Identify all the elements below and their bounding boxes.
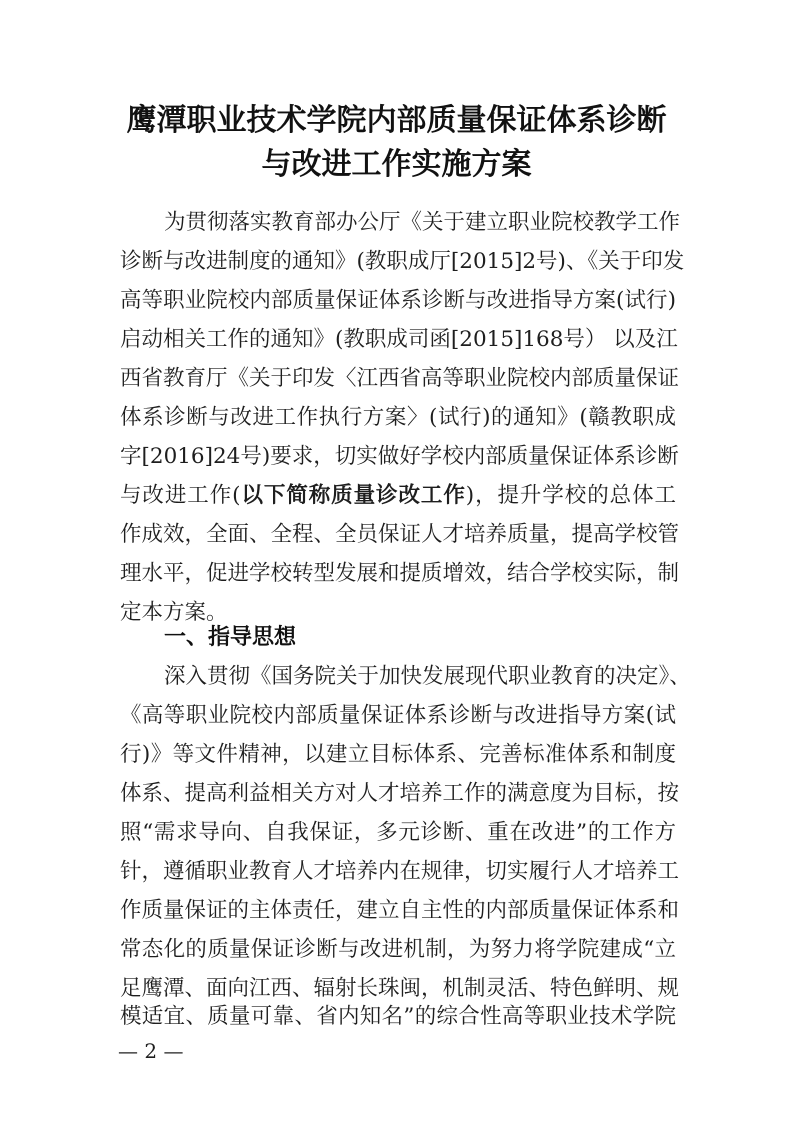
section1-line-4: 体系、提高利益相关方对人才培养工作的满意度为目标，按 (120, 780, 676, 808)
section1-line-5: 照“需求导向、自我保证，多元诊断、重在改进”的工作方 (120, 819, 676, 847)
section1-line-7: 作质量保证的主体责任，建立自主性的内部质量保证体系和 (120, 897, 676, 925)
document-title-line-1: 鹰潭职业技术学院内部质量保证体系诊断 (0, 103, 793, 139)
section1-line-1: 深入贯彻《国务院关于加快发展现代职业教育的决定》、 (164, 663, 676, 691)
intro-line-1: 为贯彻落实教育部办公厅《关于建立职业院校教学工作 (164, 209, 676, 237)
intro-line-10: 理水平，促进学校转型发展和提质增效，结合学校实际，制 (120, 560, 676, 588)
intro-line-11: 定本方案。 (120, 599, 676, 627)
section-heading-guiding-ideology: 一、指导思想 (164, 624, 296, 652)
intro-line-5: 西省教育厅《关于印发〈江西省高等职业院校内部质量保证 (120, 365, 676, 393)
intro-line-8-after: )，提升学校的总体工 (466, 483, 676, 508)
section1-line-9: 足鹰潭、面向江西、辐射长珠闽，机制灵活、特色鲜明、规 (120, 975, 676, 1003)
intro-line-9: 作成效，全面、全程、全员保证人才培养质量，提高学校管 (120, 521, 676, 549)
intro-line-8-before: 与改进工作( (120, 483, 241, 508)
section1-line-10: 模适宜、质量可靠、省内知名”的综合性高等职业技术学院 (120, 1003, 676, 1031)
intro-line-6: 体系诊断与改进工作执行方案〉(试行)的通知》(赣教职成 (120, 404, 676, 432)
document-page: 鹰潭职业技术学院内部质量保证体系诊断 与改进工作实施方案 为贯彻落实教育部办公厅… (0, 0, 793, 1122)
abbreviation-emphasis: 以下简称质量诊改工作 (241, 483, 466, 508)
intro-line-7: 字[2016]24号)要求，切实做好学校内部质量保证体系诊断 (120, 443, 676, 471)
section1-line-6: 针，遵循职业教育人才培养内在规律，切实履行人才培养工 (120, 858, 676, 886)
section1-line-3: 行)》等文件精神，以建立目标体系、完善标准体系和制度 (120, 741, 676, 769)
document-title-line-2: 与改进工作实施方案 (0, 147, 793, 183)
intro-line-8: 与改进工作(以下简称质量诊改工作)，提升学校的总体工 (120, 482, 676, 510)
intro-line-2: 诊断与改进制度的通知》(教职成厅[2015]2号)、《关于印发 (120, 248, 676, 276)
intro-line-3: 高等职业院校内部质量保证体系诊断与改进指导方案(试行) (120, 287, 676, 315)
section1-line-2: 《高等职业院校内部质量保证体系诊断与改进指导方案(试 (120, 702, 676, 730)
page-number: — 2 — (118, 1039, 183, 1063)
section1-line-8: 常态化的质量保证诊断与改进机制，为努力将学院建成“立 (120, 936, 676, 964)
intro-line-4: 启动相关工作的通知》(教职成司函[2015]168号） 以及江 (120, 326, 676, 354)
